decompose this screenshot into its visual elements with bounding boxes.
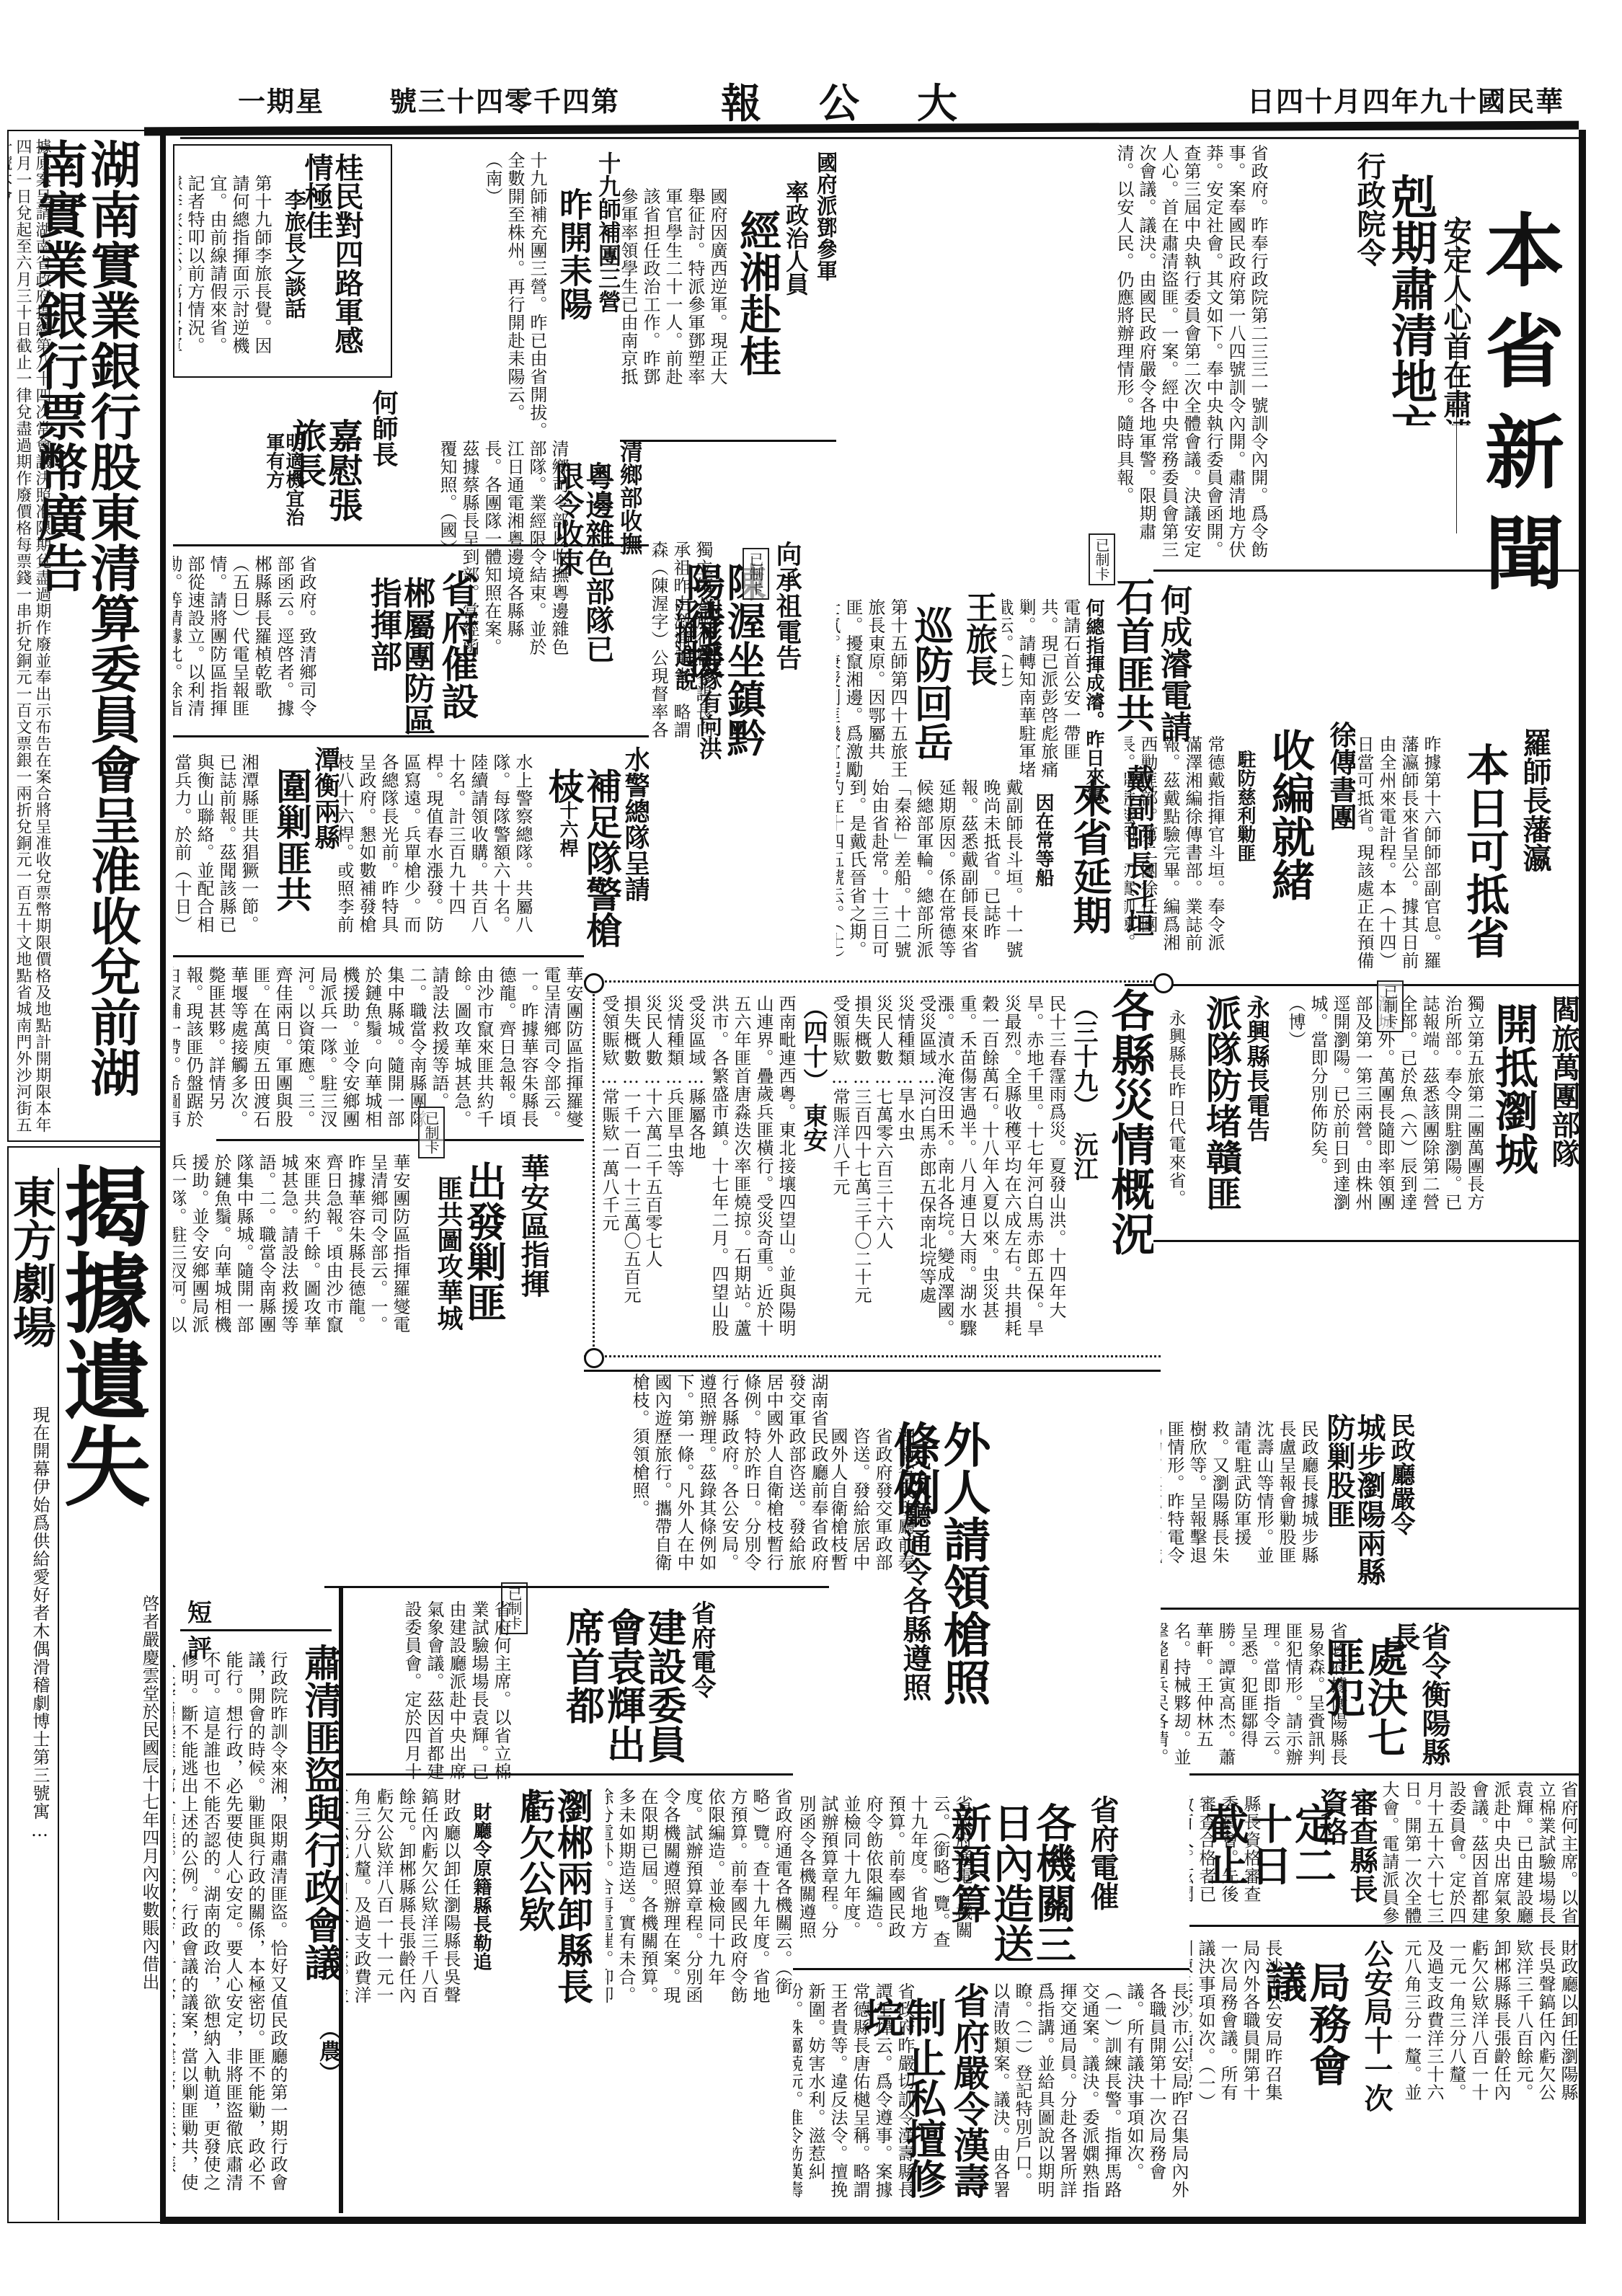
article-subhead: 明適機宜治軍有方 bbox=[263, 433, 303, 533]
article-hanshou-dikes: 省府嚴令漢壽 制止私擅修垸 省政府昨嚴切訓令漢壽縣長譚壬煒云。爲令遵事。案據常德… bbox=[793, 1975, 1189, 2206]
article-body: 國府因廣西逆軍。現正大舉征討。特派參軍鄧塑率軍官學生二十一人。前赴該省担任政治工… bbox=[620, 187, 728, 396]
field-label: 災情種類 bbox=[664, 995, 684, 1067]
field-label: 受災區域 bbox=[916, 995, 936, 1067]
article-headline: 郴屬團防區指揮部 bbox=[360, 577, 433, 735]
masthead-rule-thin bbox=[180, 137, 1579, 139]
entry-field: 損失概數…一千一百一十三萬〇五百元 bbox=[620, 995, 642, 1341]
article-kicker: 永興縣長電告 bbox=[1243, 995, 1269, 1142]
article-kicker: 王旅長 bbox=[962, 591, 995, 686]
article-kicker: 清鄉部收撫 bbox=[617, 440, 642, 555]
field-label: 災民人數 bbox=[642, 995, 662, 1067]
article-dai-vice-commander: 戴副師長斗垣 來省延期 因在常等船 戴副師長斗垣。十一號晚尚未抵省。已誌昨報。茲… bbox=[836, 757, 1153, 980]
ad-body: 據原案呈請湖南省政府提經第八十四次常會議決照准限期兌盡過期作廢並奉出示布告在案合… bbox=[9, 138, 52, 1133]
commentary-headline: 肅清匪盜與行政會議 bbox=[299, 1644, 339, 1981]
field-value: 兵匪旱虫等 bbox=[664, 1088, 684, 1178]
entry-field: 損失概數…三百四十七萬三千〇二十元 bbox=[851, 995, 872, 1341]
article-luo-arrives: 羅師長藩瀛 本日可抵省 昨據第十六師師部副官息。羅藩瀛師長來省呈公。據其日前由全… bbox=[1355, 721, 1579, 980]
field-value: 七萬零六百三十六人 bbox=[873, 1088, 893, 1250]
divider bbox=[1153, 1240, 1579, 1242]
article-body: 常德戴指揮官斗垣。奉令派滿澤湘編徐傳書部。業誌前報。茲戴點驗完畢。編爲湘西勦匪部… bbox=[1125, 735, 1226, 952]
entry-summary: 民十三春霪雨爲災。夏發山洪。十四年大旱。赤地千里。十七年河白馬赤郎五保。旱災最烈… bbox=[937, 995, 1067, 1341]
box-corner bbox=[1153, 973, 1174, 993]
article-headline: 瀏郴兩卸縣長虧欠公欵 bbox=[515, 1788, 591, 2018]
field-label: 損失概數 bbox=[851, 995, 872, 1067]
entry-number: （四十） bbox=[799, 995, 825, 1093]
field-value: 三百四十七萬三千〇二十元 bbox=[851, 1088, 872, 1304]
entry-field: 災民人數…十六萬二千五百零七人 bbox=[642, 995, 663, 1341]
article-headline: 經湘赴桂 bbox=[735, 209, 779, 376]
article-hengyang-executions: 省令衡陽縣長 處決七匪犯 省政府據衡陽縣長易象森。呈賫訊判匪犯情形。請示辦理。當… bbox=[1161, 1615, 1579, 1773]
article-deng-to-guangxi: 國府派鄧參軍 率政治人員 經湘赴桂 國府因廣西逆軍。現正大舉征討。特派參軍鄧塑率… bbox=[620, 144, 836, 440]
divider bbox=[620, 440, 836, 442]
article-chen-defense-hq: 省府催設 郴屬團防區指揮部 省政府。致清鄉司令部函云。逕啓者。據郴縣縣長羅楨乾歌… bbox=[173, 548, 649, 735]
field-label: 受領賑欵 bbox=[830, 995, 850, 1067]
article-kicker: 省府電催 bbox=[1087, 1795, 1117, 1910]
ad-bank-notes: 湖南實業銀行股東清算委員會呈准收兌前湖南實業銀行票幣廣告 據原案呈請湖南省政府提… bbox=[7, 130, 161, 1142]
divider bbox=[173, 955, 584, 957]
article-headline: 各縣災情概況 bbox=[1107, 988, 1153, 1256]
field-value: 常賑欵一萬八千元 bbox=[599, 1088, 619, 1232]
article-body: 財政廳以卸任瀏陽縣長吳聲鎬任內虧欠公欵洋三千八百餘元。卸郴縣縣長張齡任內虧欠公欵… bbox=[346, 1788, 461, 2004]
commentary: 短評 肅清匪盜與行政會議 行政院昨訓令來湘，限期肅清匪盜。恰好又值民政廳的第一期… bbox=[173, 1586, 339, 2213]
article-body: 昨據第十六師師部副官息。羅藩瀛師長來省呈公。據其日前由全州來電計程。本（十四）日… bbox=[1355, 735, 1442, 973]
article-body: 戴副師長斗垣。十一號晚尚未抵省。已誌昨報。茲悉戴副師長來省延期原因。係在常德等候… bbox=[836, 779, 1024, 966]
divider bbox=[346, 1773, 793, 1776]
article-public-security-continued: 長沙市公安局昨召集局內外各職員開第十一次局務會議。所有議決事項如次。（一）訓練長… bbox=[995, 1982, 1189, 2199]
article-body: 民政廳長據城步縣長盧呈報會勦股匪沈壽山等情形。並請電駐武防軍援救。又瀏陽縣長朱樹… bbox=[1161, 1420, 1319, 1579]
article-yongxing: 永興縣長電告 派隊防堵贛匪 永興縣長昨日代電來省。 bbox=[1161, 988, 1269, 1233]
article-kicker: 何成濬電請 bbox=[1156, 584, 1189, 743]
article-water-police: 水警總隊呈請 補足隊警槍枝 八十六桿 水上警察總隊。共屬八隊。每隊警額六十名。陸… bbox=[339, 739, 649, 955]
article-body: 省政府。昨奉行政院第二三三一號訓令內開。爲令飭事。案奉國民政府第一八四號訓令內開… bbox=[836, 144, 1269, 569]
field-value: 旱水虫 bbox=[895, 1088, 915, 1142]
article-body: 華安團防區指揮羅燮電呈清鄉司令部云。一。昨據華容朱縣長德龍。齊日急報。頃由沙市竄… bbox=[173, 1153, 411, 1348]
article-headline: 剋期肅清地方盜匪 bbox=[1386, 173, 1435, 425]
article-tan-heng: 潭衡兩縣 圍剿匪共 湘潭縣匪共猖獗一節。已誌前報。茲聞該縣已與衡山聯絡。並配合相… bbox=[173, 739, 339, 955]
article-kicker: 民政廳嚴令 bbox=[1387, 1413, 1413, 1535]
article-headline: 圍剿匪共 bbox=[272, 768, 311, 912]
field-value: 河白馬赤郎五保南北垸等處 bbox=[916, 1088, 936, 1304]
article-body: 省政府。致清鄉司令部函云。逕啓者。據郴縣縣長羅楨乾歌（五日）代電呈報匪情。請將團… bbox=[173, 555, 317, 728]
article-body: 省政府昨嚴切訓令漢壽縣長譚壬煒云。爲令遵事。案據常德縣長唐佑樾呈稱。略謂王者貴等… bbox=[793, 1982, 916, 2199]
article-xu-regiment: 徐傳書團 收編就緒 駐防慈利勦匪 常德戴指揮官斗垣。奉令派滿澤湘編徐傳書部。業誌… bbox=[1125, 721, 1355, 980]
entry-field: 災情種類…兵匪旱虫等 bbox=[663, 995, 685, 1341]
divider bbox=[324, 1586, 829, 1588]
article-body: 長沙市公安局昨召集局內外各職員開第十一次局務會議。所有議決事項如次。（一）訓練長… bbox=[1189, 1939, 1283, 2112]
divider bbox=[216, 1139, 584, 1141]
article-kicker: 財廳令原籍縣長勒追 bbox=[471, 1802, 490, 1971]
article-huaan: 華安區指揮 出發剿匪 匪共圖攻華城 華安團防區指揮羅燮電呈清鄉司令部云。一。昨據… bbox=[173, 1146, 584, 1355]
article-kicker: 華安區指揮 bbox=[518, 1153, 548, 1298]
field-label: 受領賑欵 bbox=[599, 995, 619, 1067]
stamp: 已制卡 bbox=[418, 1107, 445, 1158]
article-county-head-exam: 審查縣長資格 定二十日截止 縣長資格審查委員會。先後審查合格者已數百人。茲聞決定… bbox=[1189, 1781, 1377, 1925]
article-chengbu-liuyang: 民政廳嚴令 城步瀏陽兩縣防剿股匪 民政廳長據城步縣長盧呈報會勦股匪沈壽山等情形。… bbox=[1161, 1413, 1579, 1586]
box-border-left bbox=[593, 980, 595, 1355]
divider bbox=[793, 1968, 1189, 1970]
article-kicker: 閻旅萬團部隊 bbox=[1548, 995, 1579, 1168]
divider bbox=[1153, 569, 1579, 572]
article-subhead: 因在常等船 bbox=[1033, 793, 1052, 887]
article-kicker: 水警總隊呈請 bbox=[621, 746, 649, 902]
article-foreign-gun-permits: 外人請領槍照條例 民政廳通令各縣遵照 湖南省民政廳前奉省政府發交軍政部咨送。發給… bbox=[829, 1413, 1016, 1716]
field-value: 十六萬二千五百零七人 bbox=[642, 1088, 662, 1268]
box-border-top bbox=[584, 980, 1161, 983]
article-guangxi-sentiment: 桂民對四路軍感情極佳 李旅長之談話 第十九師李旅長覺。因請何總指揮面示討逆機宜。… bbox=[173, 144, 392, 378]
article-zhang-brigade: 何師長 嘉慰張旅長 明適機宜治軍有方 bbox=[173, 382, 404, 533]
article-body: 湘潭縣匪共猖獗一節。已誌前報。茲聞該縣已與衡山聯絡。並配合相當兵力。於前（十日）… bbox=[173, 753, 260, 948]
article-headline: 派隊防堵贛匪 bbox=[1202, 995, 1241, 1211]
article-kicker: 十九師補團三營 bbox=[595, 151, 620, 313]
article-kicker: 羅師長藩瀛 bbox=[1520, 728, 1550, 872]
article-new-budget: 省府電催 各機關三日內造送新預算 省政府通電各機關云。（銜略）覽。查十九年度。省… bbox=[800, 1788, 1189, 1961]
page-border-right bbox=[1579, 130, 1586, 2220]
entry-number: （三十九） bbox=[1070, 995, 1096, 1117]
ad-body: 啓者嚴慶雲堂於民國辰十七年四月內收數賬內借出 bbox=[95, 1595, 160, 2215]
article-headline: 來省延期 bbox=[1069, 779, 1110, 934]
ad-headline: 東方劇場 bbox=[8, 1175, 53, 1348]
commentary-body: 行政院昨訓令來湘，限期肅清匪盜。恰好又值民政廳的第一期行政會議，開會的時候。勦匪… bbox=[173, 1651, 288, 2206]
masthead-weekday: 星期一 bbox=[238, 79, 324, 119]
divider bbox=[1189, 1773, 1579, 1776]
article-subhead: 李旅長之談話 bbox=[282, 189, 305, 319]
field-label: 受災區域 bbox=[686, 995, 706, 1067]
article-kicker: 何師長 bbox=[369, 389, 396, 467]
article-body: 省府何主席。以省立棉業試驗場場長袁輝。已由建設廳派赴中央出席氣象會議。茲因首都建… bbox=[404, 1600, 512, 1781]
divider bbox=[1189, 1925, 1579, 1927]
article-subhead: 匪共圖攻華城 bbox=[434, 1175, 461, 1331]
article-body: 獨立第八旅行營參謀長向承祖昨由漵浦電省。略謂森（陳渥字）公現督率各部。坐鎮黔陽待… bbox=[649, 541, 714, 743]
divider bbox=[584, 1370, 1161, 1372]
article-headline: 收編就緒 bbox=[1267, 728, 1312, 901]
ad-body: 現在開幕伊始爲供給愛好者木偶滑稽劇博士第三號寓… bbox=[7, 1406, 50, 2199]
article-kicker: 徐傳書團 bbox=[1326, 721, 1355, 830]
ad-theater: 東方劇場 現在開幕伊始爲供給愛好者木偶滑稽劇博士第三號寓… bbox=[7, 1168, 59, 2220]
article-headline: 建設委員會袁輝出席首都 bbox=[598, 1608, 685, 1788]
article-kicker: 向承祖電告 bbox=[773, 541, 800, 670]
article-continued: 華安團防區指揮羅燮電呈清鄉司令部云。一。昨據華容朱縣長德龍。齊日急報。頃由沙市竄… bbox=[173, 966, 584, 1132]
page-border-bottom bbox=[160, 2217, 1586, 2224]
article-kicker: 國府派鄧參軍 bbox=[814, 151, 837, 281]
article-arrears-continued: 財政廳以卸任瀏陽縣長吳聲鎬任內虧欠公欵洋三千八百餘元。卸郴縣縣長張齡任內虧欠公欵… bbox=[1399, 1939, 1579, 2112]
field-value: 常賑洋八千元 bbox=[830, 1088, 850, 1196]
article-disaster-overview: 各縣災情概況 （三十九） 沅江 民十三春霪雨爲災。夏發山洪。十四年大旱。赤地千里… bbox=[598, 988, 1153, 1352]
article-headline: 昨開耒陽 bbox=[557, 187, 591, 320]
divider bbox=[173, 735, 649, 737]
field-value: 一千一百一十三萬〇五百元 bbox=[621, 1088, 641, 1304]
masthead-title: 大公報 bbox=[721, 72, 1015, 130]
divider bbox=[1161, 1608, 1579, 1610]
article-construction-committee: 省府電令 建設委員會袁輝出席首都 省府何主席。以省立棉業試驗場場長袁輝。已由建設… bbox=[404, 1593, 829, 1788]
article-construction-continued: 省府何主席。以省立棉業試驗場場長袁輝。已由建設廳派赴中央出席氣象會議。茲因首都建… bbox=[1377, 1781, 1579, 1925]
article-subhead: 駐防慈利勦匪 bbox=[1235, 750, 1254, 862]
article-headline: 本日可抵省 bbox=[1461, 743, 1507, 959]
article-body: 縣長資格審查委員會。先後審查合格者已數百人。茲聞決定自二十號起。不受申請書截止審… bbox=[1189, 1795, 1262, 1918]
article-subhead: 率政治人員 bbox=[783, 180, 807, 296]
article-body-intro: 湖南省民政廳前奉省政府發交軍政部咨送。發給旅居中國外人自衛槍枝暫行條例。特於昨日… bbox=[829, 1427, 916, 1586]
article-kicker: 公安局十一次 bbox=[1361, 1939, 1391, 2112]
entry-county: 沅江 bbox=[1070, 1132, 1096, 1181]
article-public-security: 公安局十一次 局務會議 長沙市公安局昨召集局內外各職員開第十一次局務會議。所有議… bbox=[1189, 1932, 1579, 2119]
article-subhead: 安定人心首在肅清匪盜 bbox=[1440, 216, 1471, 425]
article-headline: 各機關三日內造送新預算 bbox=[988, 1802, 1074, 1961]
article-body: 第十九師李旅長覺。因請何總指揮面示討逆機宜。由前線請假來省。記者特叩以前方情況。… bbox=[179, 174, 272, 369]
entry-field: 災情種類…旱水虫 bbox=[894, 995, 916, 1341]
divider bbox=[173, 544, 649, 546]
article-kicker: 潭衡兩縣 bbox=[311, 746, 339, 850]
article-subhead: 八十六桿 bbox=[557, 782, 577, 857]
commentary-border bbox=[339, 1586, 343, 2213]
article-headline: 桂民對四路軍感情極佳 bbox=[301, 153, 362, 369]
divider bbox=[1125, 984, 1579, 986]
entry-summary: 西南毗連西粵。東北接壤四望山。並與陽明山連界。疊歲兵匪橫行。受災奇重。近於十五六… bbox=[710, 995, 797, 1341]
masthead-issue: 第四千零四十三號 bbox=[389, 79, 620, 119]
stamp: 已制卡 bbox=[1377, 980, 1404, 1032]
field-label: 損失概數 bbox=[621, 995, 641, 1067]
article-headline: 城步瀏陽兩縣防剿股匪 bbox=[1319, 1413, 1384, 1586]
entry-field: 受領賑欵…常賑洋八千元 bbox=[829, 995, 851, 1341]
article-kicker: 省府嚴令漢壽 bbox=[950, 1982, 988, 2199]
entry-field: 受災區域…河白馬赤郎五保南北垸等處 bbox=[916, 995, 937, 1341]
masthead-date: 華民國十九年四月十四日 bbox=[1247, 79, 1564, 119]
article-gun-regulations-body: 湖南省民政廳前奉省政府發交軍政部咨送。發給旅居中國外人自衛槍枝暫行條例。特於昨日… bbox=[180, 1373, 829, 1582]
field-label: 災情種類 bbox=[895, 995, 915, 1067]
stamp: 已制卡 bbox=[743, 548, 769, 600]
article-body: 水上警察總隊。共屬八隊。每隊警額六十名。陸續請領收購。共百八十名。計三百九十四桿… bbox=[339, 753, 533, 948]
masthead: 華民國十九年四月十四日 大公報 第四千零四十三號 星期一 bbox=[0, 72, 1622, 123]
article-body: 省政府通電各機關云。（銜略）覽。查十九年度。省地方預算。前奉國民政府令飭依限編造… bbox=[800, 1795, 973, 1954]
article-body: 省政府據衡陽縣長易象森。呈賫訊判匪犯情形。請示辦理。當即指令云。呈悉。犯匪鄒得勝… bbox=[1161, 1622, 1348, 1766]
article-kicker: 行政院令 bbox=[1354, 151, 1384, 267]
article-headline: 出發剿匪 bbox=[462, 1161, 505, 1322]
commentary-source: （農） bbox=[316, 2018, 340, 2083]
article-headline: 開抵瀏城 bbox=[1490, 1002, 1535, 1175]
article-headline: 巡防回岳 bbox=[910, 606, 952, 761]
article-misc-units: 十九師補團三營 昨開耒陽 十九師補充團三營。昨已由省開拔。全數開至株州。再行開赴… bbox=[389, 144, 620, 447]
article-body: 十九師補充團三營。昨已由省開拔。全數開至株州。再行開赴耒陽云。（南） bbox=[389, 151, 548, 440]
article-liucheng: 閻旅萬團部隊 開抵瀏城 獨立第五旅第二團萬團長方治所部。奉令開駐瀏陽。已誌報端。… bbox=[1269, 988, 1579, 1233]
article-kicker: 省府電令 bbox=[688, 1600, 714, 1698]
article-arrears: 瀏郴兩卸縣長虧欠公欵 財廳令原籍縣長勒追 財政廳以卸任瀏陽縣長吳聲鎬任內虧欠公欵… bbox=[346, 1781, 793, 2018]
field-label: 災民人數 bbox=[873, 995, 893, 1067]
article-headline: 補足隊警槍枝 bbox=[544, 768, 620, 955]
article-kicker: 省府催設 bbox=[436, 569, 476, 719]
stamp: 已制卡 bbox=[1089, 533, 1115, 585]
entry-field: 受災區域…縣屬各地 bbox=[685, 995, 706, 1341]
article-body: 永興縣長昨日代電來省。 bbox=[1161, 1009, 1187, 1211]
article-budget-continued: 省政府通電各機關云。（銜略）覽。查十九年度。省地方預算。前奉國民政府令飭依限編造… bbox=[606, 1788, 793, 2004]
entry-field: 災民人數…七萬零六百三十六人 bbox=[872, 995, 894, 1341]
divider bbox=[180, 1629, 332, 1631]
field-value: 縣屬各地 bbox=[686, 1088, 706, 1160]
box-border-bottom bbox=[584, 1355, 1161, 1357]
entry-field: 受領賑欵…常賑欵一萬八千元 bbox=[598, 995, 620, 1341]
entry-county: 東安 bbox=[799, 1103, 825, 1152]
article-headline: 石首匪共 bbox=[1112, 577, 1153, 732]
